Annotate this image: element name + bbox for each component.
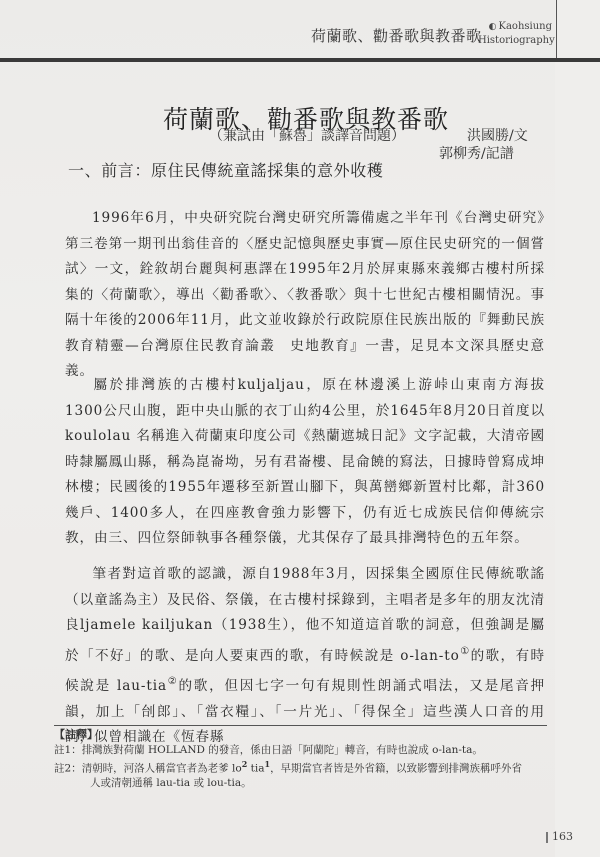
footnote-ref-1[interactable]: ① [460, 646, 471, 657]
brand-line-2: Historiography [478, 34, 552, 47]
paragraph-3: 筆者對這首歌的認識，源自1988年3月，因採集全國原住民傳統歌謠（以童謠為主）及… [65, 562, 545, 751]
author-credit: 洪國勝/文 [467, 125, 528, 145]
paragraph-1: 1996年6月，中央研究院台灣史研究所籌備處之半年刊《台灣史研究》第三卷第一期刊… [65, 206, 545, 385]
running-title: 荷蘭歌、勸番歌與教番歌 [311, 25, 482, 46]
journal-brand: ◐Kaohsiung Historiography [478, 20, 552, 47]
paragraph-1-text: 1996年6月，中央研究院台灣史研究所籌備處之半年刊《台灣史研究》第三卷第一期刊… [65, 210, 545, 379]
article-subtitle-text: （兼試由「蘇魯」談譯音問題） [209, 125, 405, 145]
footnote-2-text-c: ，早期當官者皆是外省籍，以致影響到排灣族稱呼外省 [270, 763, 522, 775]
footnote-2: 註2：清朝時，河洛人稱當官者為老爹 lo2 tia1，早期當官者皆是外省籍，以致… [54, 757, 549, 776]
footnote-ref-2[interactable]: ② [167, 676, 179, 687]
footnote-1-text: 排灣族對荷蘭 HOLLAND 的發音，係由日語「阿蘭陀」轉音，有時也說成 o-l… [82, 744, 483, 756]
header-divider [556, 0, 557, 58]
document-page: 荷蘭歌、勸番歌與教番歌 ◐Kaohsiung Historiography 荷蘭… [0, 0, 600, 857]
footnotes: 【註釋】 註1：排灣族對荷蘭 HOLLAND 的發音，係由日語「阿蘭陀」轉音，有… [54, 728, 549, 791]
circle-logo-icon: ◐ [489, 22, 497, 32]
brand-line-1: Kaohsiung [498, 21, 552, 32]
footnote-1: 註1：排灣族對荷蘭 HOLLAND 的發音，係由日語「阿蘭陀」轉音，有時也說成 … [54, 743, 549, 758]
footnote-2-continued: 人或清朝通稱 lau-tia 或 lou-tia。 [54, 776, 549, 791]
recorder-credit: 郭柳秀/記譜 [439, 143, 514, 163]
footnote-2-text-b: tia [247, 763, 264, 775]
footnote-2-label: 註2： [54, 763, 82, 775]
page-number: 163 [552, 830, 573, 843]
page-number-bar [546, 832, 548, 843]
paragraph-2-text: 屬於排灣族的古樓村kuljaljau，原在林邊溪上游峠山東南方海拔1300公尺山… [65, 377, 545, 546]
footnote-2-text-a: 清朝時，河洛人稱當官者為老爹 lo [82, 763, 242, 775]
footnote-1-label: 註1： [54, 744, 82, 756]
paragraph-2: 屬於排灣族的古樓村kuljaljau，原在林邊溪上游峠山東南方海拔1300公尺山… [65, 373, 545, 552]
notes-title: 【註釋】 [54, 728, 549, 743]
notes-divider [54, 725, 547, 726]
section-heading: 一、前言：原住民傳統童謠採集的意外收穫 [68, 158, 383, 181]
header-rule [0, 58, 600, 62]
